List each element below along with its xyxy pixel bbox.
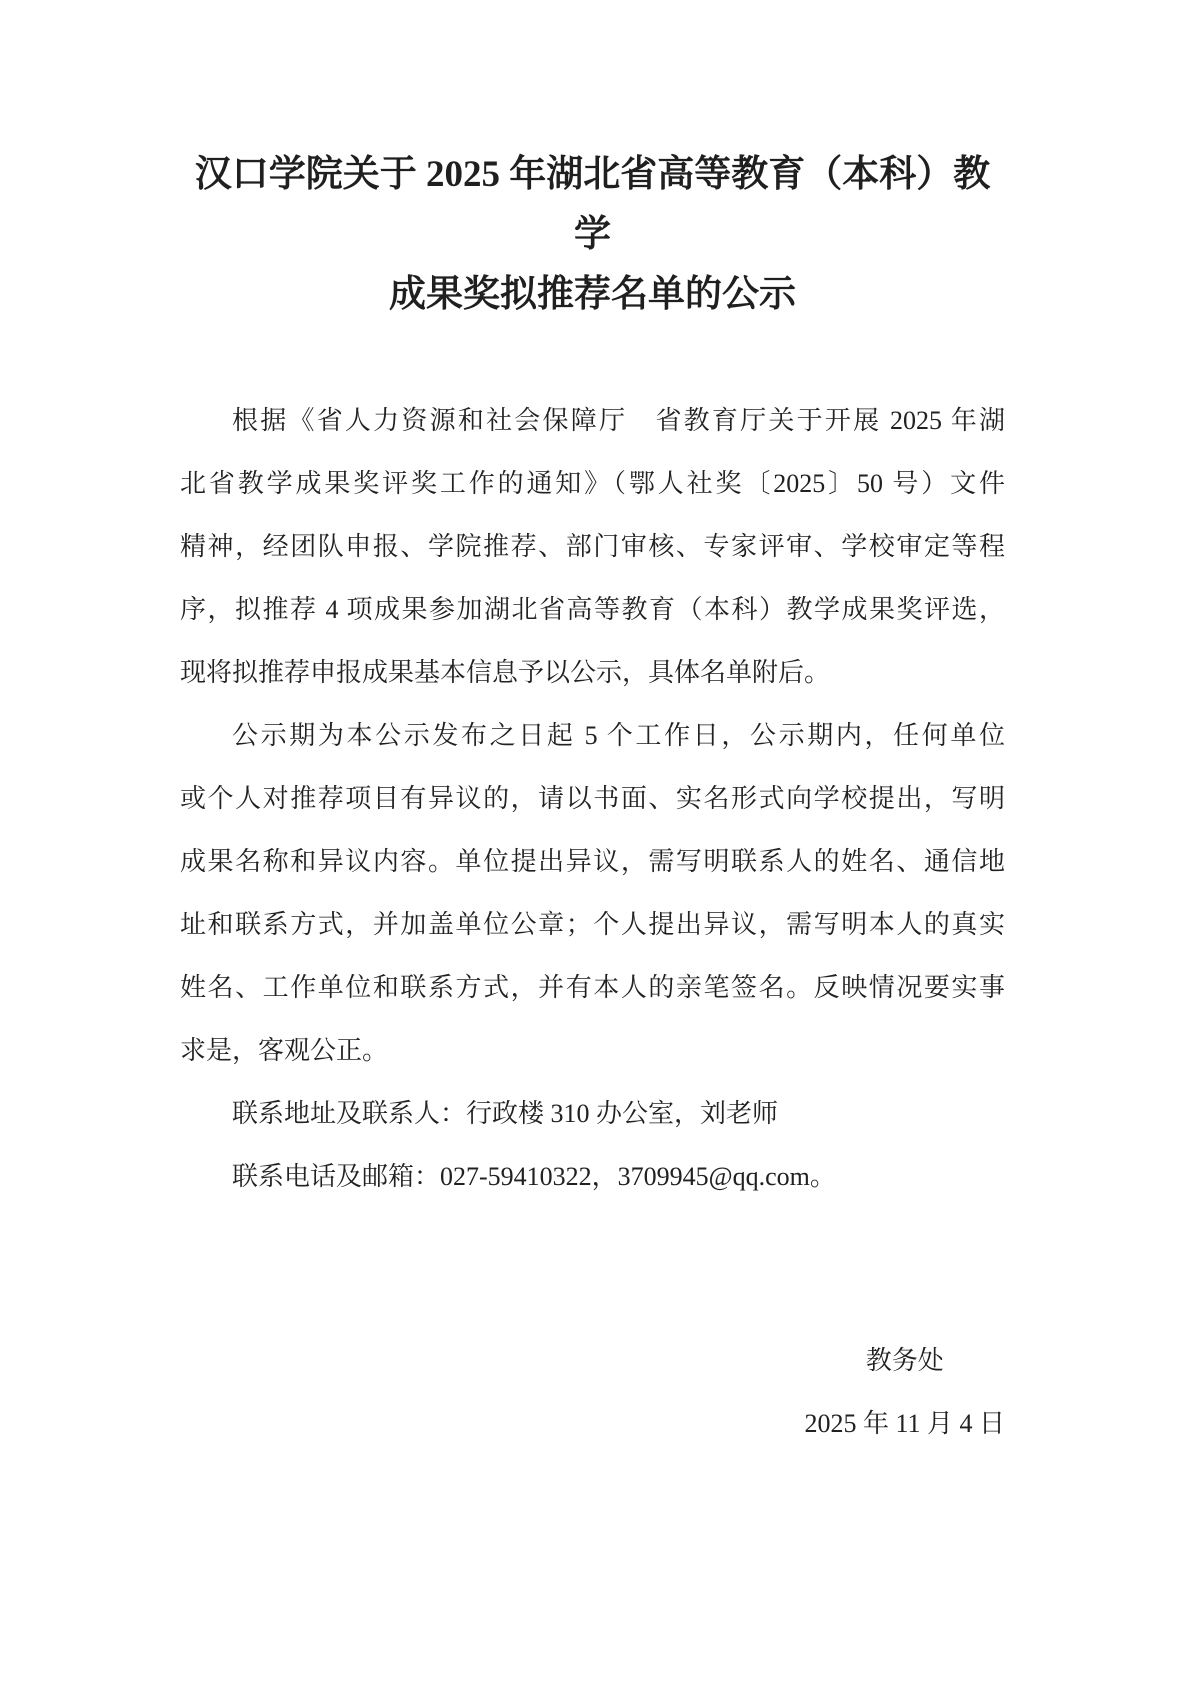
document-content: 汉口学院关于 2025 年湖北省高等教育（本科）教学 成果奖拟推荐名单的公示 根… bbox=[180, 0, 1005, 1455]
paragraph-line: 序，拟推荐 4 项成果参加湖北省高等教育（本科）教学成果奖评选， bbox=[180, 578, 1005, 641]
document-page: 汉口学院关于 2025 年湖北省高等教育（本科）教学 成果奖拟推荐名单的公示 根… bbox=[0, 0, 1191, 1684]
paragraph-line: 址和联系方式，并加盖单位公章；个人提出异议，需写明本人的真实 bbox=[180, 893, 1005, 956]
paragraph-line: 根据《省人力资源和社会保障厅 省教育厅关于开展 2025 年湖 bbox=[180, 389, 1005, 452]
paragraph-line: 现将拟推荐申报成果基本信息予以公示，具体名单附后。 bbox=[180, 641, 1005, 704]
paragraph-line: 北省教学成果奖评奖工作的通知》（鄂人社奖〔2025〕50 号）文件 bbox=[180, 452, 1005, 515]
signature-date: 2025 年 11 月 4 日 bbox=[804, 1392, 1005, 1455]
paragraph-line: 公示期为本公示发布之日起 5 个工作日，公示期内，任何单位 bbox=[180, 704, 1005, 767]
paragraph: 根据《省人力资源和社会保障厅 省教育厅关于开展 2025 年湖 北省教学成果奖评… bbox=[180, 389, 1005, 704]
paragraph-line: 姓名、工作单位和联系方式，并有本人的亲笔签名。反映情况要实事 bbox=[180, 956, 1005, 1019]
title-line: 汉口学院关于 2025 年湖北省高等教育（本科）教学 bbox=[180, 145, 1005, 265]
contact-phone-email-line: 联系电话及邮箱：027-59410322，3709945@qq.com。 bbox=[180, 1145, 1005, 1208]
contact-address-line: 联系地址及联系人：行政楼 310 办公室，刘老师 bbox=[180, 1082, 1005, 1145]
document-title: 汉口学院关于 2025 年湖北省高等教育（本科）教学 成果奖拟推荐名单的公示 bbox=[180, 145, 1005, 325]
signature-inner: 教务处 2025 年 11 月 4 日 bbox=[804, 1329, 1005, 1455]
paragraph-line: 或个人对推荐项目有异议的，请以书面、实名形式向学校提出，写明 bbox=[180, 767, 1005, 830]
paragraph: 联系电话及邮箱：027-59410322，3709945@qq.com。 bbox=[180, 1145, 1005, 1208]
paragraph-line: 求是，客观公正。 bbox=[180, 1019, 1005, 1082]
signature-block: 教务处 2025 年 11 月 4 日 bbox=[180, 1329, 1005, 1455]
title-line: 成果奖拟推荐名单的公示 bbox=[180, 265, 1005, 325]
paragraph-line: 成果名称和异议内容。单位提出异议，需写明联系人的姓名、通信地 bbox=[180, 830, 1005, 893]
document-body: 根据《省人力资源和社会保障厅 省教育厅关于开展 2025 年湖 北省教学成果奖评… bbox=[180, 389, 1005, 1208]
paragraph: 公示期为本公示发布之日起 5 个工作日，公示期内，任何单位 或个人对推荐项目有异… bbox=[180, 704, 1005, 1082]
paragraph: 联系地址及联系人：行政楼 310 办公室，刘老师 bbox=[180, 1082, 1005, 1145]
paragraph-line: 精神，经团队申报、学院推荐、部门审核、专家评审、学校审定等程 bbox=[180, 515, 1005, 578]
signature-department: 教务处 bbox=[804, 1329, 1005, 1392]
